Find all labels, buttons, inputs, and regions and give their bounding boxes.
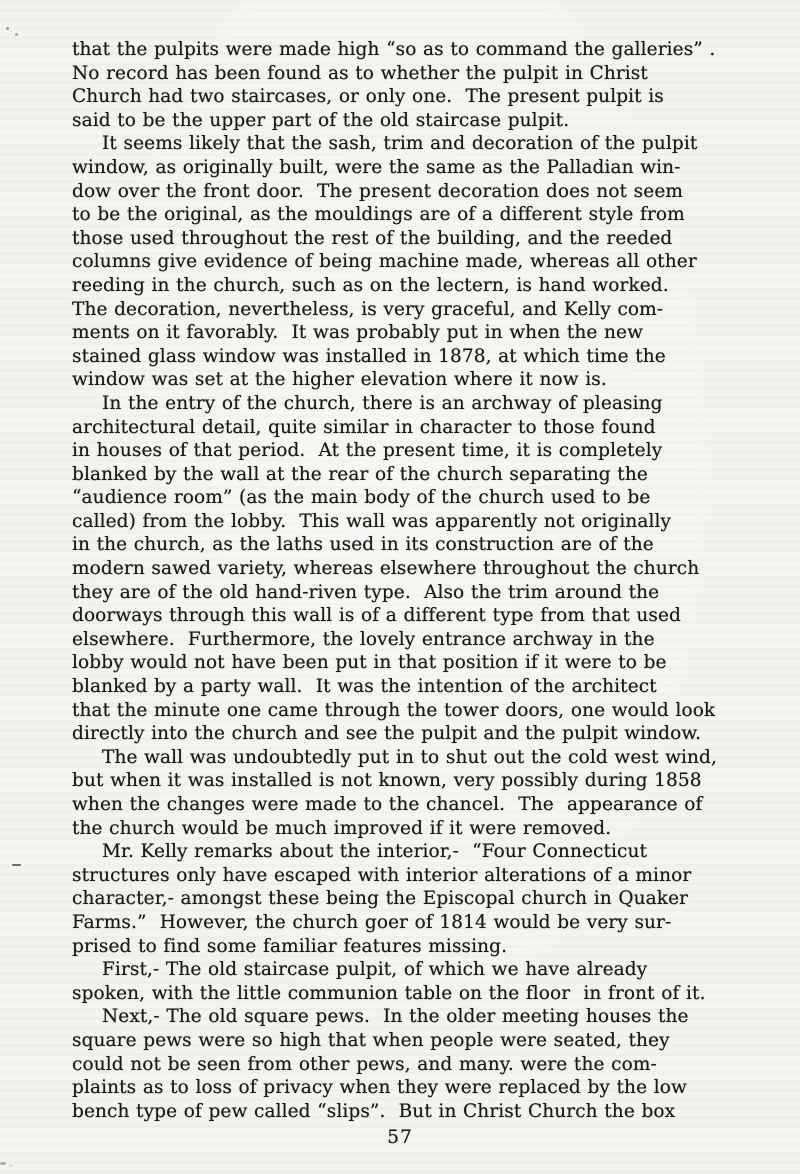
scan-artifact-dash	[12, 864, 21, 866]
document-page: that the pulpits were made high “so as t…	[0, 0, 800, 1174]
page-text: that the pulpits were made high “so as t…	[72, 38, 758, 1123]
page-number: 57	[0, 1127, 800, 1148]
paragraph: Mr. Kelly remarks about the interior,- “…	[72, 840, 758, 958]
paragraph: It seems likely that the sash, trim and …	[72, 132, 758, 392]
scan-artifact-speck	[0, 1162, 6, 1165]
paragraph-continuation: that the pulpits were made high “so as t…	[72, 38, 758, 132]
paragraph: The wall was undoubtedly put in to shut …	[72, 746, 758, 840]
paragraph: First,- The old staircase pulpit, of whi…	[72, 958, 758, 1005]
paragraph: Next,- The old square pews. In the older…	[72, 1005, 758, 1123]
scan-artifact-dots	[6, 27, 9, 30]
paragraph: In the entry of the church, there is an …	[72, 392, 758, 746]
